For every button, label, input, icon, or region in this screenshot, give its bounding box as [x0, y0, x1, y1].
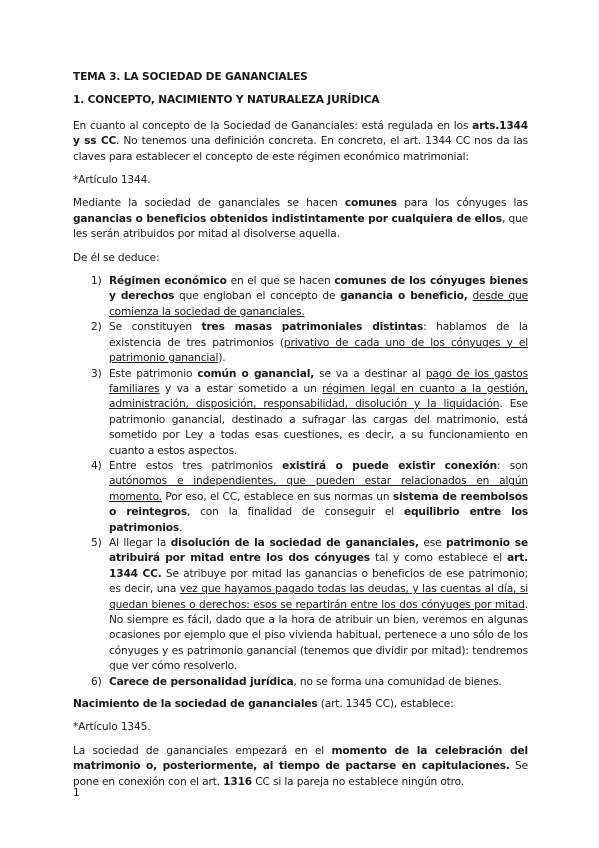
bold-text: existirá o puede existir conexión [282, 460, 497, 472]
deductions-list: 1)Régimen económico en el que se hacen c… [73, 274, 528, 690]
text: Por eso, el CC, establece en sus normas … [162, 491, 393, 503]
text: tal y como establece el [370, 552, 507, 564]
bold-text: Régimen económico [109, 275, 227, 287]
text: (art. 1345 CC), establece: [318, 698, 454, 710]
list-item: 3)Este patrimonio común o ganancial, se … [73, 367, 528, 459]
text: Se constituyen [109, 321, 202, 333]
text: Entre estos tres patrimonios [109, 460, 282, 472]
bold-text: tres masas patrimoniales distintas [202, 321, 424, 333]
list-number: 6) [91, 675, 102, 690]
text: , con la finalidad de conseguir el [187, 506, 404, 518]
list-item: 6)Carece de personalidad jurídica, no se… [73, 675, 528, 690]
text: para los cónyuges las [397, 197, 528, 209]
list-item: 4)Entre estos tres patrimonios existirá … [73, 459, 528, 536]
bold-text: Nacimiento de la sociedad de gananciales [73, 698, 318, 710]
text: La sociedad de gananciales empezará en e… [73, 745, 332, 757]
text: , no se forma una comunidad de bienes. [294, 676, 502, 688]
nacimiento-paragraph: Nacimiento de la sociedad de gananciales… [73, 697, 528, 712]
text: que engloban el concepto de [174, 290, 340, 302]
bold-text: ganancia o beneficio, [340, 290, 468, 302]
document-page: TEMA 3. LA SOCIEDAD DE GANANCIALES 1. CO… [73, 70, 528, 798]
list-number: 3) [91, 367, 102, 382]
list-number: 4) [91, 459, 102, 474]
article-1344-text: Mediante la sociedad de gananciales se h… [73, 196, 528, 242]
bold-text: 1316 [223, 776, 252, 788]
text: y va a estar sometido a un [160, 383, 323, 395]
article-1345-text: La sociedad de gananciales empezará en e… [73, 744, 528, 790]
bold-text: disolución de la sociedad de gananciales… [171, 537, 419, 549]
article-1344-reference: *Artículo 1344. [73, 173, 528, 188]
text: CC si la pareja no establece ningún otro… [252, 776, 464, 788]
list-number: 1) [91, 274, 102, 289]
text: : son [497, 460, 528, 472]
text: en el que se hacen [227, 275, 335, 287]
bold-text: común o ganancial, [197, 368, 314, 380]
list-item: 1)Régimen económico en el que se hacen c… [73, 274, 528, 320]
bold-text: comunes [345, 197, 397, 209]
text: Mediante la sociedad de gananciales se h… [73, 197, 345, 209]
intro-paragraph: En cuanto al concepto de la Sociedad de … [73, 119, 528, 165]
list-number: 2) [91, 320, 102, 335]
list-number: 5) [91, 536, 102, 551]
list-item: 5)Al llegar la disolución de la sociedad… [73, 536, 528, 675]
text: Al llegar la [109, 537, 171, 549]
text: ). [218, 352, 225, 364]
text: se va a destinar al [314, 368, 426, 380]
document-title: TEMA 3. LA SOCIEDAD DE GANANCIALES [73, 70, 528, 85]
text: . [179, 522, 182, 534]
bold-text: Carece de personalidad jurídica [109, 676, 294, 688]
text: ese [419, 537, 446, 549]
section-heading: 1. CONCEPTO, NACIMIENTO Y NATURALEZA JUR… [73, 93, 528, 108]
article-1345-reference: *Artículo 1345. [73, 720, 528, 735]
text: . No tenemos una definición concreta. En… [73, 135, 528, 162]
page-number: 1 [73, 787, 80, 799]
list-item: 2)Se constituyen tres masas patrimoniale… [73, 320, 528, 366]
deduce-line: De él se deduce: [73, 251, 528, 266]
bold-text: ganancias o beneficios obtenidos indisti… [73, 213, 502, 225]
text: Este patrimonio [109, 368, 197, 380]
text: En cuanto al concepto de la Sociedad de … [73, 120, 472, 132]
